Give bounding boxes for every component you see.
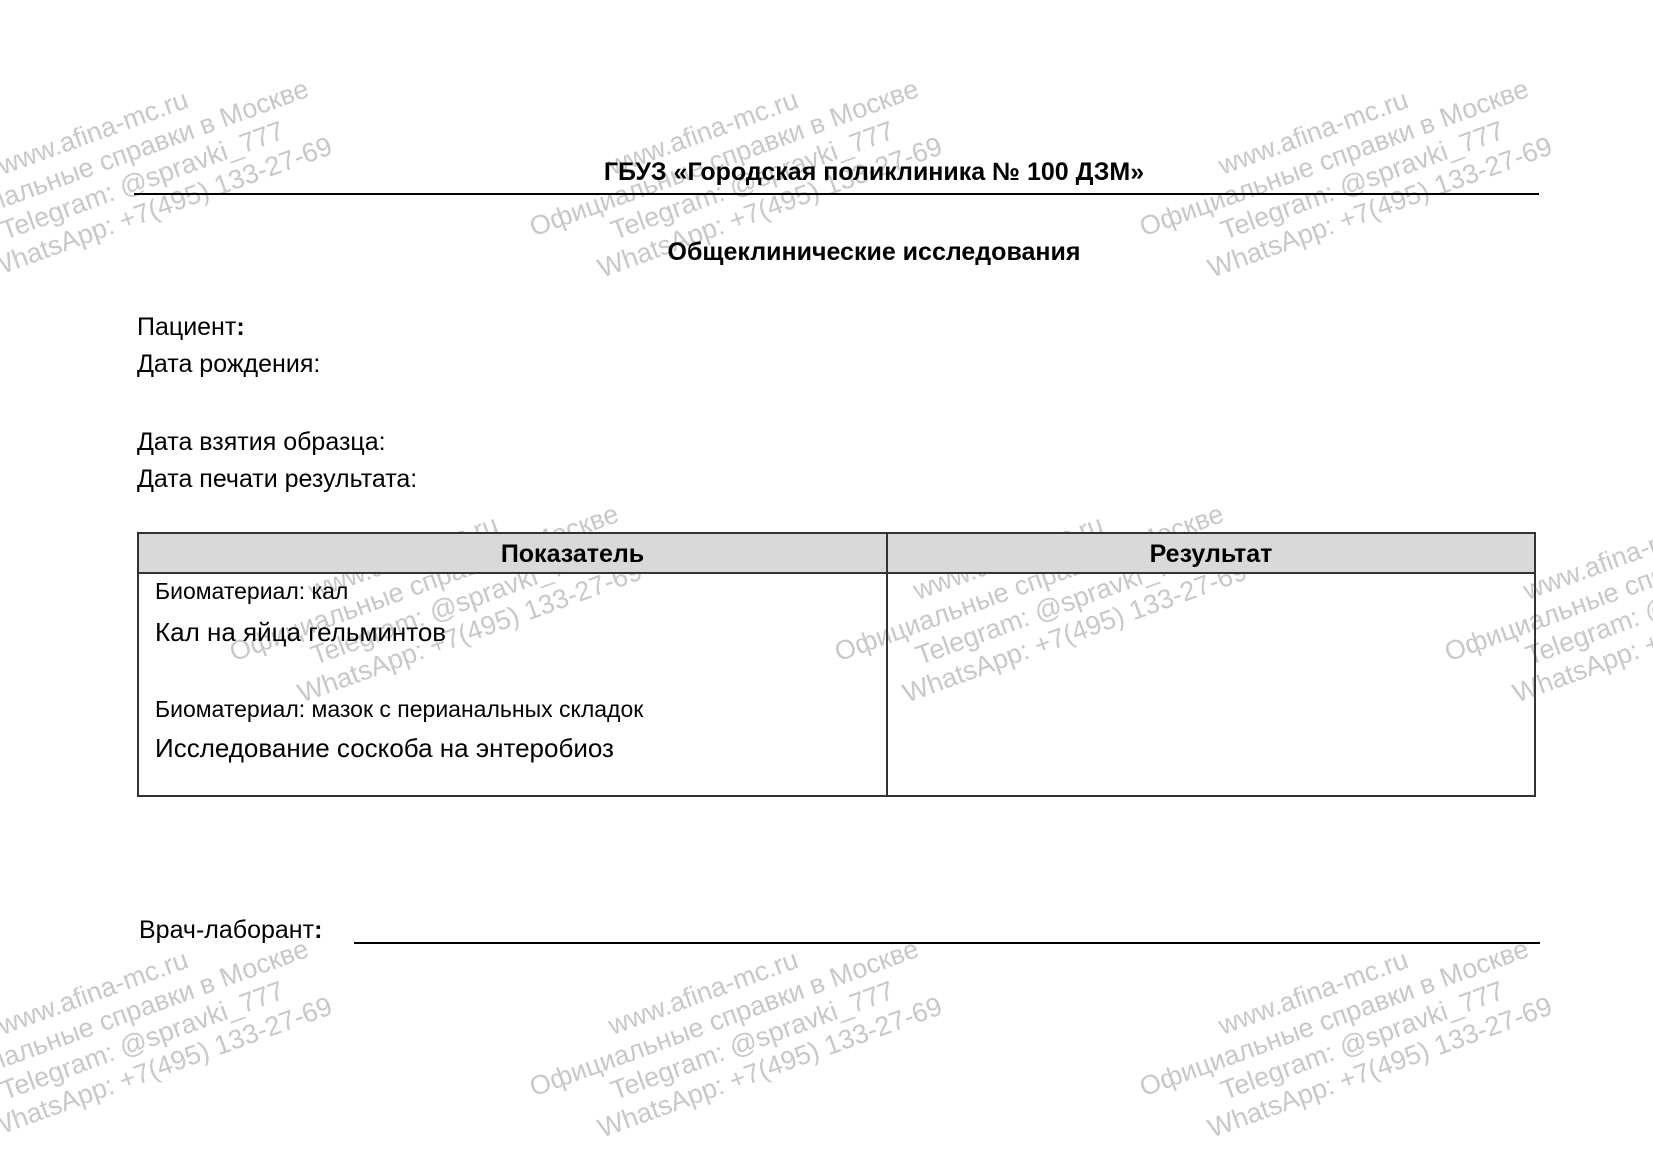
document-page: www.afina-mc.ruОфициальные справки в Мос… (0, 0, 1653, 1170)
birth-date-label: Дата рождения: (137, 350, 320, 378)
organization-title: ГБУЗ «Городская поликлиника № 100 ДЗМ» (134, 158, 1539, 187)
patient-row: Пациент: (137, 309, 320, 346)
header-divider (134, 193, 1539, 195)
patient-label: Пациент (137, 313, 236, 341)
signature-label: Врач-лаборант: (139, 916, 322, 945)
birth-date-row: Дата рождения: (137, 346, 320, 383)
print-date-row: Дата печати результата: (137, 461, 417, 498)
sample-info: Дата взятия образца: Дата печати результ… (137, 424, 417, 498)
test-name: Исследование соскоба на энтеробиоз (155, 733, 614, 764)
sample-date-row: Дата взятия образца: (137, 424, 417, 461)
print-date-label: Дата печати результата: (137, 465, 417, 493)
result-cell (890, 574, 1534, 795)
results-table: Показатель Результат Биоматериал: кал Ка… (137, 532, 1536, 797)
document-title: Общеклинические исследования (134, 238, 1539, 267)
test-name: Кал на яйца гельминтов (155, 617, 446, 648)
signature-line (354, 942, 1540, 944)
column-divider (886, 534, 888, 795)
signature-label-text: Врач-лаборант (139, 916, 314, 944)
signature-label-colon: : (314, 916, 322, 944)
header-result: Результат (888, 534, 1534, 572)
biomaterial-label: Биоматериал: кал (155, 578, 348, 605)
patient-label-colon: : (236, 313, 244, 341)
patient-info: Пациент: Дата рождения: (137, 309, 320, 383)
header-indicator: Показатель (139, 534, 886, 572)
sample-date-label: Дата взятия образца: (137, 428, 386, 456)
biomaterial-label: Биоматериал: мазок с перианальных складо… (155, 696, 643, 723)
